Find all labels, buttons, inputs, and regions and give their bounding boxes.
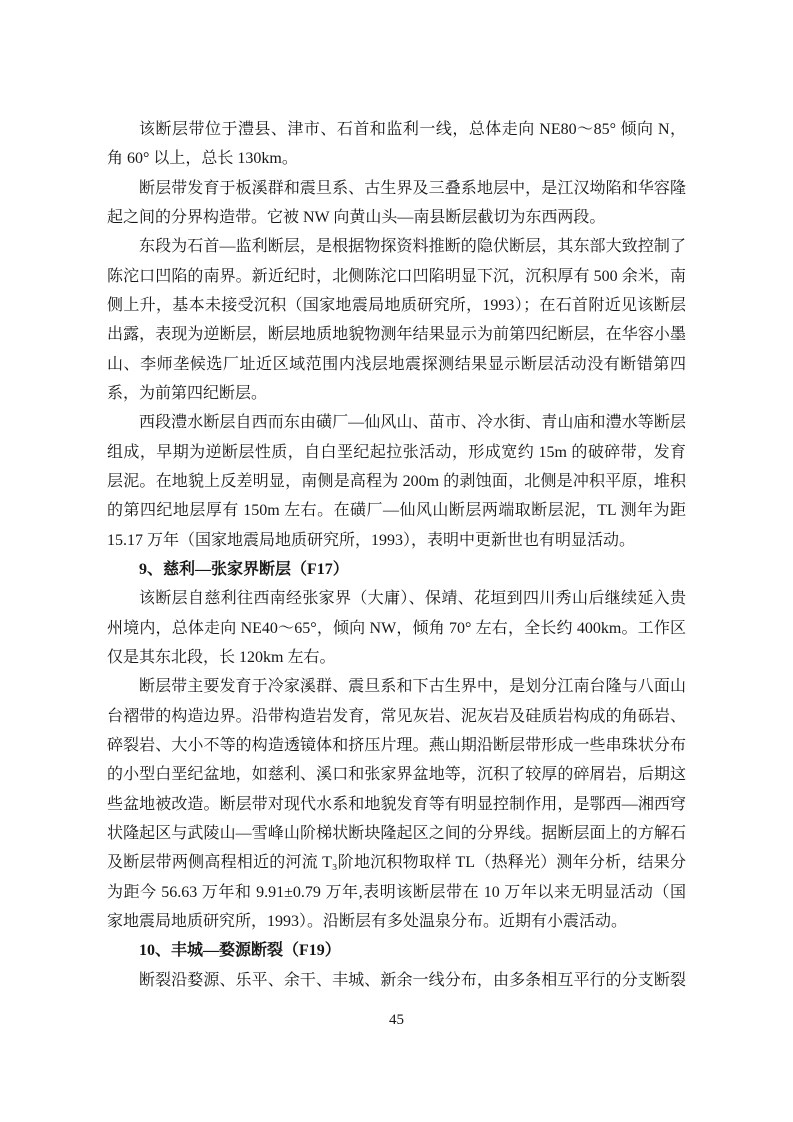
section-heading: 10、丰城—婺源断裂（F19） [107, 936, 686, 965]
text-line: 些盆地被改造。断层带对现代水系和地貌发育等有明显控制作用，是鄂西—湘西穹 [107, 790, 686, 819]
text-line: 东段为石首—监利断层，是根据物探资料推断的隐伏断层，其东部大致控制了 [107, 232, 686, 261]
text-line: 断层带主要发育于冷家溪群、震旦系和下古生界中，是划分江南台隆与八面山 [107, 672, 686, 701]
text-line: 断层带发育于板溪群和震旦系、古生界及三叠系地层中，是江汉坳陷和华容隆 [107, 174, 686, 203]
paragraph: 西段澧水断层自西而东由磺厂—仙风山、苗市、冷水街、青山庙和澧水等断层组成，早期为… [107, 408, 686, 555]
text-line: 15.17 万年（国家地震局地质研究所，1993），表明中更新世也有明显活动。 [107, 526, 686, 555]
text-line: 州境内，总体走向 NE40～65°，倾向 NW，倾角 70° 左右，全长约 40… [107, 614, 686, 643]
text-line: 的第四纪地层厚有 150m 左右。在磺厂—仙风山断层两端取断层泥，TL 测年为距… [107, 496, 686, 525]
text-line: 碎裂岩、大小不等的构造透镜体和挤压片理。燕山期沿断层带形成一些串珠状分布 [107, 731, 686, 760]
document-page: 该断层带位于澧县、津市、石首和监利一线，总体走向 NE80～85° 倾向 N，倾… [0, 0, 793, 1122]
paragraph: 东段为石首—监利断层，是根据物探资料推断的隐伏断层，其东部大致控制了陈沱口凹陷的… [107, 232, 686, 408]
text-line: 台褶带的构造边界。沿带构造岩发育，常见灰岩、泥灰岩及硅质岩构成的角砾岩、 [107, 702, 686, 731]
paragraph: 断裂沿婺源、乐平、余干、丰城、新余一线分布，由多条相互平行的分支断裂 [107, 966, 686, 995]
text-line: 系，为前第四纪断层。 [107, 379, 686, 408]
text-line: 断裂沿婺源、乐平、余干、丰城、新余一线分布，由多条相互平行的分支断裂 [107, 966, 686, 995]
text-line: 为距今 56.63 万年和 9.91±0.79 万年,表明该断层带在 10 万年… [107, 878, 686, 907]
section-heading: 9、慈利—张家界断层（F17） [107, 555, 686, 584]
paragraph: 断层带主要发育于冷家溪群、震旦系和下古生界中，是划分江南台隆与八面山台褶带的构造… [107, 672, 686, 936]
text-line: 出露，表现为逆断层，断层地质地貌物测年结果显示为前第四纪断层，在华容小墨 [107, 320, 686, 349]
text-line: 该断层自慈利往西南经张家界（大庸）、保靖、花垣到四川秀山后继续延入贵 [107, 584, 686, 613]
page-number: 45 [0, 1010, 793, 1030]
text-line: 的小型白垩纪盆地，如慈利、溪口和张家界盆地等，沉积了较厚的碎屑岩，后期这 [107, 760, 686, 789]
paragraph: 该断层带位于澧县、津市、石首和监利一线，总体走向 NE80～85° 倾向 N，倾… [107, 115, 686, 174]
text-line: 山、李师垄候选厂址近区域范围内浅层地震探测结果显示断层活动没有断错第四 [107, 350, 686, 379]
text-line: 陈沱口凹陷的南界。新近纪时，北侧陈沱口凹陷明显下沉，沉积厚有 500 余米，南 [107, 262, 686, 291]
text-line: 层泥。在地貌上反差明显，南侧是高程为 200m 的剥蚀面，北侧是冲积平原，堆积 [107, 467, 686, 496]
text-line: 起之间的分界构造带。它被 NW 向黄山头—南县断层截切为东西两段。 [107, 203, 686, 232]
text-line: 状隆起区与武陵山—雪峰山阶梯状断块隆起区之间的分界线。据断层面上的方解石 [107, 819, 686, 848]
text-line: 角 60° 以上，总长 130km。 [107, 144, 686, 173]
text-line: 家地震局地质研究所，1993）。沿断层有多处温泉分布。近期有小震活动。 [107, 907, 686, 936]
document-body: 该断层带位于澧县、津市、石首和监利一线，总体走向 NE80～85° 倾向 N，倾… [107, 115, 686, 995]
text-line: 仅是其东北段，长 120km 左右。 [107, 643, 686, 672]
paragraph: 断层带发育于板溪群和震旦系、古生界及三叠系地层中，是江汉坳陷和华容隆起之间的分界… [107, 174, 686, 233]
text-line: 西段澧水断层自西而东由磺厂—仙风山、苗市、冷水街、青山庙和澧水等断层 [107, 408, 686, 437]
text-line: 该断层带位于澧县、津市、石首和监利一线，总体走向 NE80～85° 倾向 N，倾 [107, 115, 686, 144]
paragraph: 该断层自慈利往西南经张家界（大庸）、保靖、花垣到四川秀山后继续延入贵州境内，总体… [107, 584, 686, 672]
text-line: 组成，早期为逆断层性质，自白垩纪起拉张活动，形成宽约 15m 的破碎带，发育断 [107, 438, 686, 467]
text-line: 侧上升，基本未接受沉积（国家地震局地质研究所，1993）；在石首附近见该断层 [107, 291, 686, 320]
text-line: 及断层带两侧高程相近的河流 T₃阶地沉积物取样 TL（热释光）测年分析，结果分别 [107, 848, 686, 877]
